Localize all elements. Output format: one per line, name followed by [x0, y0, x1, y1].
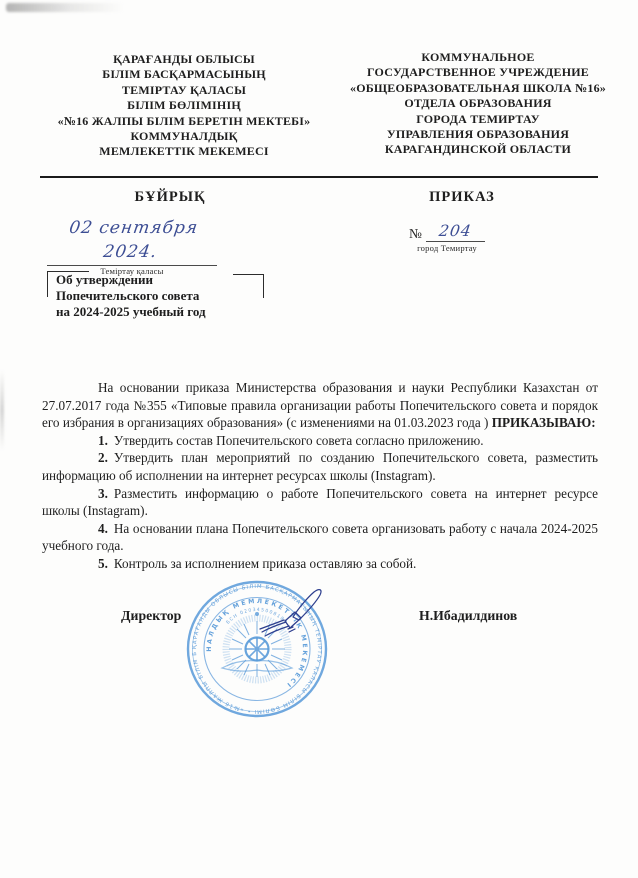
letterhead-line: «№16 ЖАЛПЫ БІЛІМ БЕРЕТІН МЕКТЕБІ» — [38, 114, 330, 129]
divider-line — [40, 176, 598, 178]
subject-line: на 2024-2025 учебный год — [56, 304, 266, 320]
scan-artifact-left — [0, 370, 4, 450]
letterhead-line: КОММУНАЛЬНОЕ — [344, 50, 612, 65]
date-underline: 02 сентября 2024. — [47, 216, 217, 266]
order-item: 5.Контроль за исполнением приказа оставл… — [42, 555, 598, 573]
letterhead-line: ГОРОДА ТЕМИРТАУ — [344, 112, 612, 127]
signer-role: Директор — [121, 608, 181, 624]
item-number: 5. — [98, 556, 114, 571]
scan-artifact-top — [6, 3, 124, 12]
order-number-block: № 204 город Темиртау — [409, 222, 485, 254]
letterhead-line: ТЕМІРТАУ ҚАЛАСЫ — [38, 83, 330, 98]
signer-name: Н.Ибадилдинов — [419, 608, 517, 624]
order-title-russian: ПРИКАЗ — [342, 189, 582, 206]
signature-pen-nib — [285, 612, 301, 628]
letterhead-line: БІЛІМ БАСҚАРМАСЫНЫҢ — [38, 67, 330, 82]
letterhead-line: УПРАВЛЕНИЯ ОБРАЗОВАНИЯ — [344, 127, 612, 142]
letterhead-line: КАРАГАНДИНСКОЙ ОБЛАСТИ — [344, 142, 612, 157]
letterhead-kazakh: ҚАРАҒАНДЫ ОБЛЫСЫ БІЛІМ БАСҚАРМАСЫНЫҢ ТЕМ… — [38, 52, 330, 160]
order-item: 3.Разместить информацию о работе Попечит… — [42, 485, 598, 520]
subject-line: Об утверждении — [56, 272, 266, 288]
intro-bold: ПРИКАЗЫВАЮ: — [492, 415, 596, 430]
order-item: 2.Утвердить план мероприятий по созданию… — [42, 449, 598, 484]
item-number: 3. — [98, 486, 114, 501]
intro-paragraph: На основании приказа Министерства образо… — [42, 379, 598, 432]
item-text: Разместить информацию о работе Попечител… — [42, 486, 598, 519]
handwritten-date: 02 сентября 2024. — [44, 216, 221, 264]
document-page: ҚАРАҒАНДЫ ОБЛЫСЫ БІЛІМ БАСҚАРМАСЫНЫҢ ТЕМ… — [0, 0, 638, 878]
number-underline: 204 — [426, 222, 485, 242]
order-title-kazakh: БҰЙРЫҚ — [40, 189, 300, 206]
date-block: 02 сентября 2024. Теміртау қаласы — [47, 216, 217, 277]
letterhead-line: ҚАРАҒАНДЫ ОБЛЫСЫ — [38, 52, 330, 67]
item-number: 4. — [98, 521, 114, 536]
number-caption: город Темиртау — [409, 243, 485, 254]
item-number: 1. — [98, 433, 114, 448]
letterhead-line: ГОСУДАРСТВЕННОЕ УЧРЕЖДЕНИЕ — [344, 65, 612, 80]
letterhead-line: «ОБЩЕОБРАЗОВАТЕЛЬНАЯ ШКОЛА №16» — [344, 81, 612, 96]
order-item: 4.На основании плана Попечительского сов… — [42, 520, 598, 555]
item-text: Контроль за исполнением приказа оставляю… — [114, 556, 416, 571]
item-text: Утвердить состав Попечительского совета … — [114, 433, 484, 448]
letterhead-line: КОММУНАЛДЫҚ — [38, 129, 330, 144]
letterhead-line: МЕМЛЕКЕТТІК МЕКЕМЕСІ — [38, 144, 330, 159]
subject-line: Попечительского совета — [56, 288, 266, 304]
item-text: На основании плана Попечительского совет… — [42, 521, 598, 554]
subject-heading: Об утверждении Попечительского совета на… — [56, 272, 266, 320]
letterhead-line: БІЛІМ БӨЛІМІНІҢ — [38, 98, 330, 113]
letterhead-line: ОТДЕЛА ОБРАЗОВАНИЯ — [344, 96, 612, 111]
director-signature-ink — [255, 580, 370, 650]
order-item: 1.Утвердить состав Попечительского совет… — [42, 432, 598, 450]
item-text: Утвердить план мероприятий по созданию П… — [42, 450, 598, 483]
number-sign: № — [409, 226, 426, 242]
handwritten-number: 204 — [438, 222, 473, 241]
signature-pen-loop — [293, 590, 321, 620]
order-number-row: № 204 — [409, 222, 485, 242]
item-number: 2. — [98, 450, 114, 465]
order-body: На основании приказа Министерства образо… — [42, 379, 598, 573]
letterhead-russian: КОММУНАЛЬНОЕ ГОСУДАРСТВЕННОЕ УЧРЕЖДЕНИЕ … — [344, 50, 612, 158]
